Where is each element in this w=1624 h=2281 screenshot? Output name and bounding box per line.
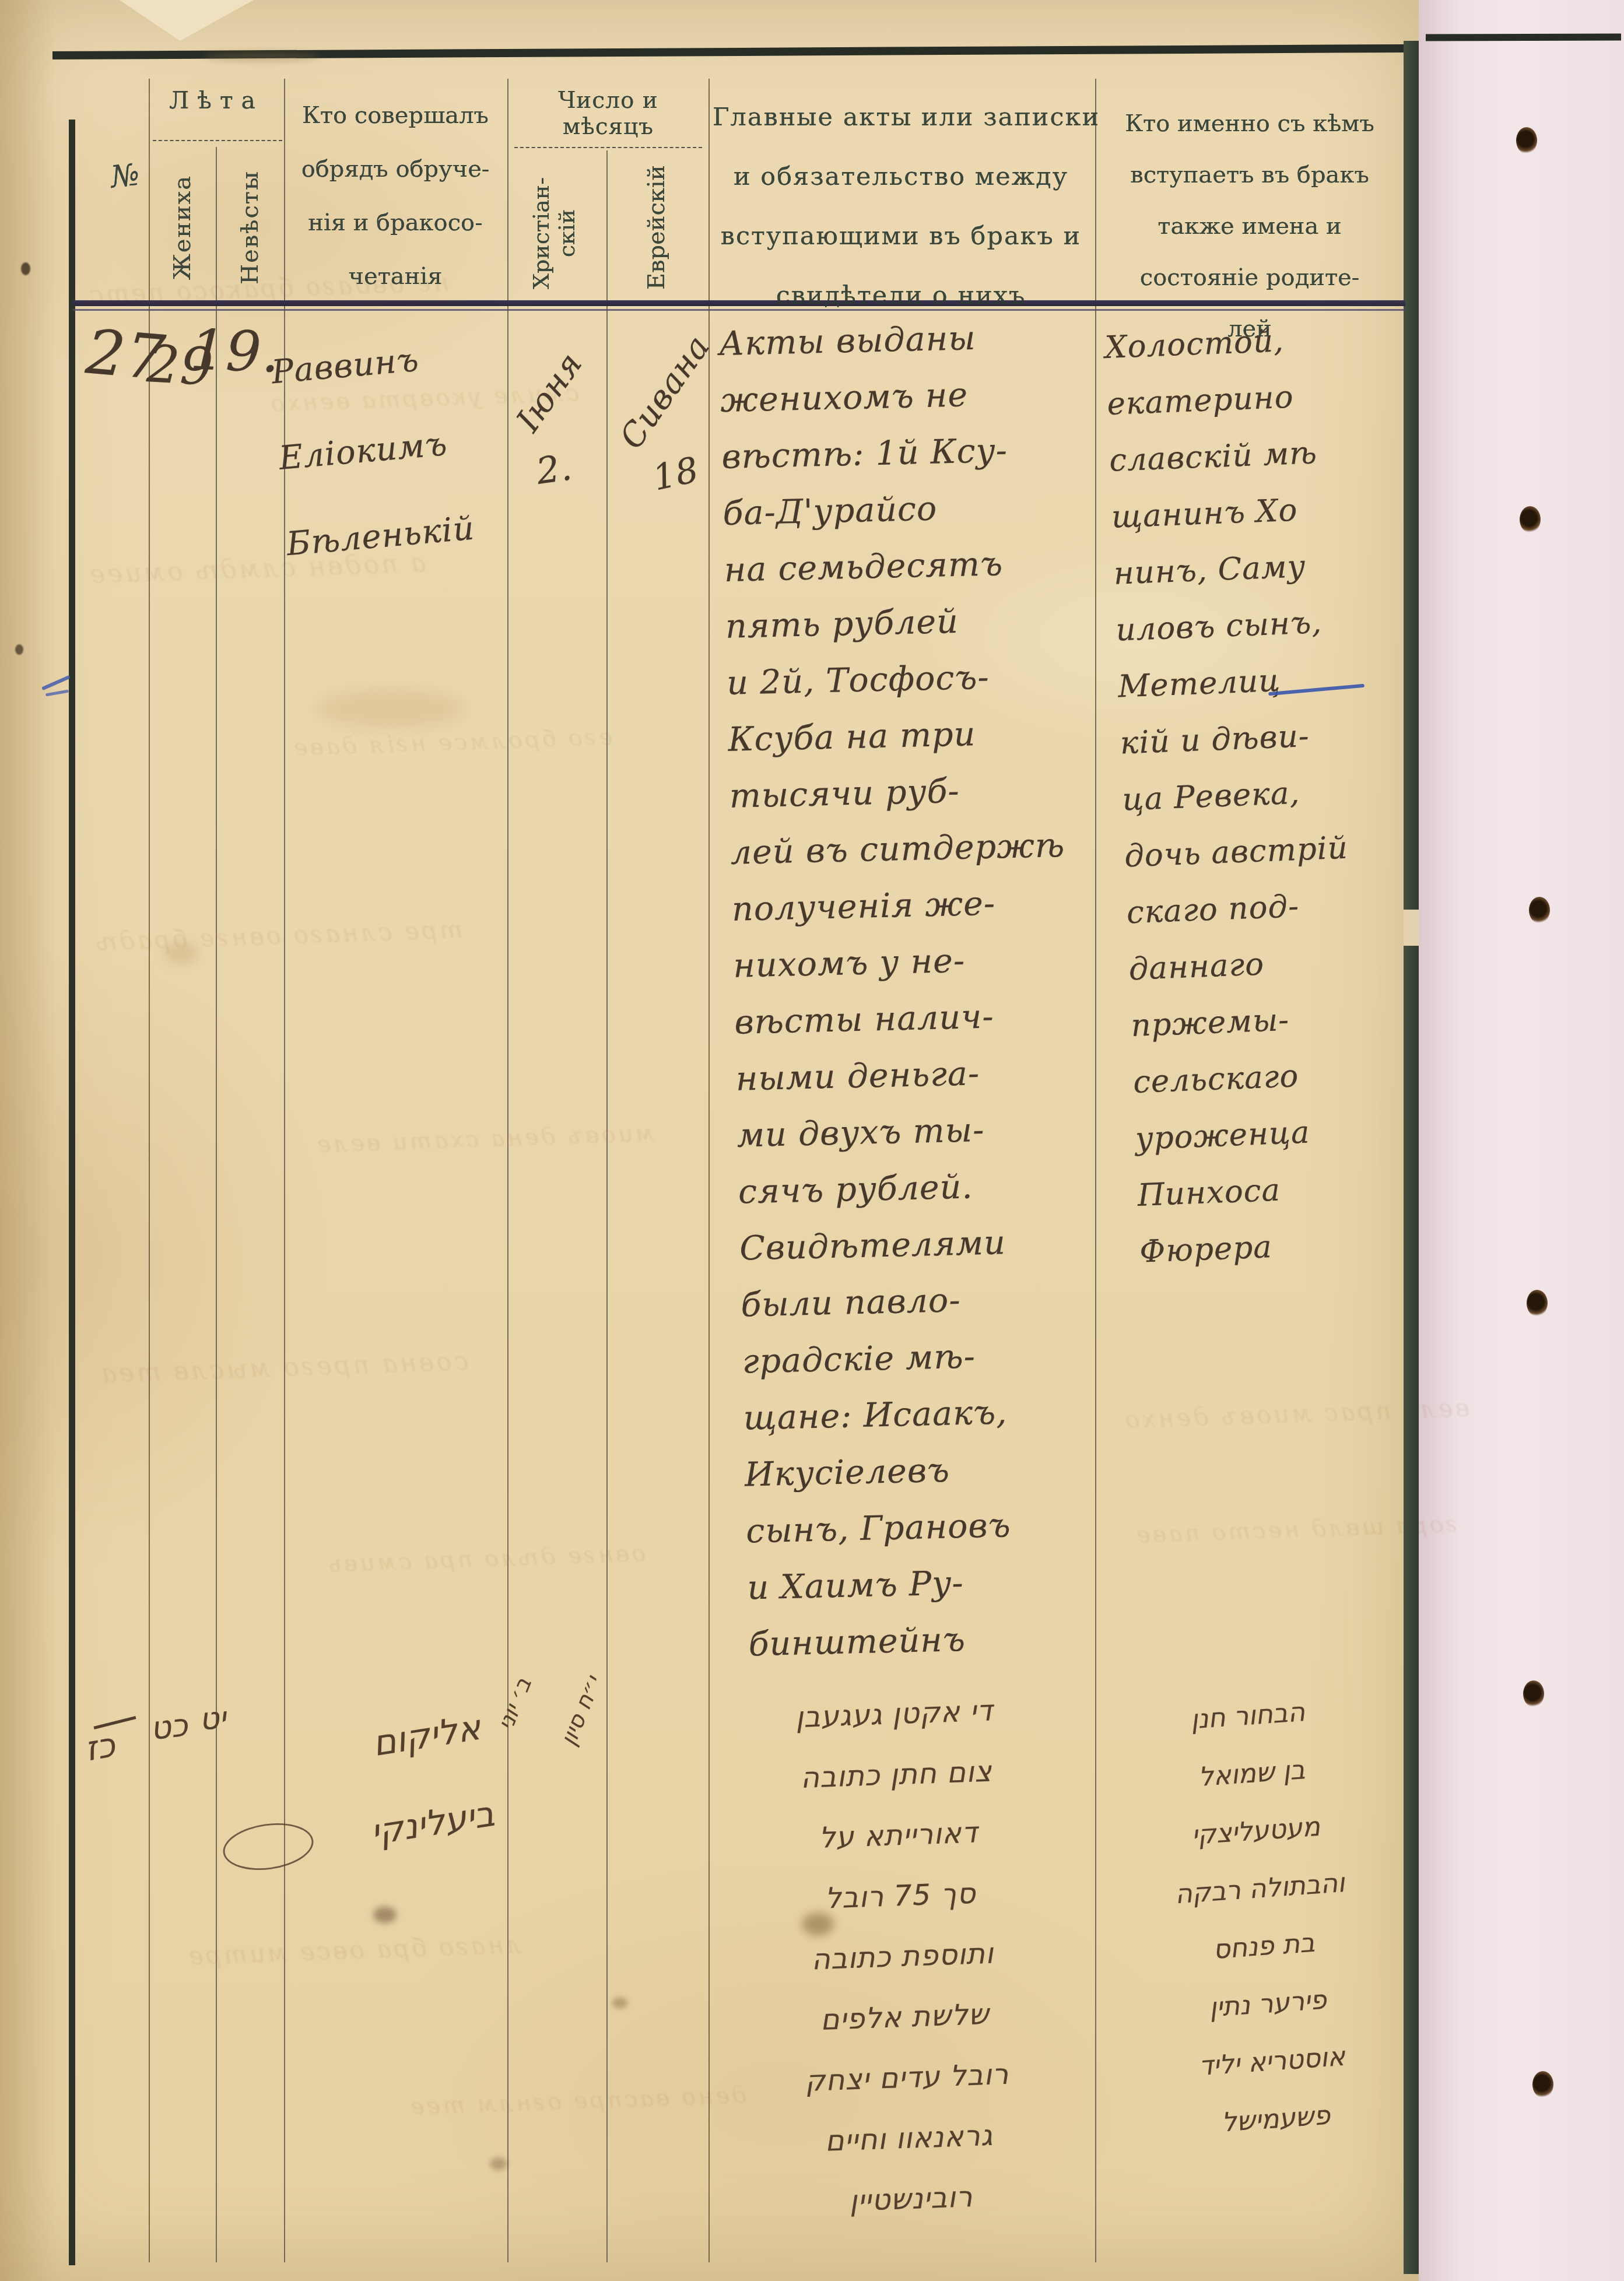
header-date-christian-line: скій bbox=[554, 156, 580, 310]
bride-age: 19. bbox=[189, 318, 281, 385]
acts-text-line: вѣстѣ: 1й Ксу- bbox=[721, 420, 1098, 486]
header-parties-line: состояніе родите- bbox=[1099, 252, 1400, 303]
paper-speck bbox=[15, 644, 23, 655]
backing-top-rule bbox=[1426, 33, 1621, 41]
acts-text-line: вѣсты налич- bbox=[734, 986, 1111, 1051]
acts-text-line: женихомъ не bbox=[720, 364, 1097, 429]
acts-text-line: ными деньга- bbox=[735, 1043, 1113, 1108]
header-acts-line: вступающими въ бракъ и bbox=[713, 206, 1089, 266]
stain bbox=[802, 1912, 834, 1936]
parties-text-line: Фюрера bbox=[1139, 1212, 1447, 1280]
subheader-divider bbox=[153, 140, 282, 141]
acts-text-line: Свидѣтелями bbox=[739, 1212, 1116, 1278]
stain bbox=[163, 942, 198, 965]
header-date-christian: Христіан- скій bbox=[528, 156, 580, 310]
punch-hole bbox=[1523, 1680, 1544, 1707]
date-christian-day: 2. bbox=[534, 445, 575, 493]
acts-text-line: сынъ, Грановъ bbox=[745, 1495, 1123, 1560]
punch-hole bbox=[1532, 2071, 1553, 2098]
officiant-name: РаввинъЕліокимъБѣленькій bbox=[268, 310, 517, 588]
punch-hole bbox=[1516, 127, 1537, 154]
acts-text-line: лей въ ситдержѣ bbox=[730, 816, 1107, 882]
header-officiant-line: четанія bbox=[287, 250, 504, 303]
acts-text-line: градскіе мѣ- bbox=[742, 1325, 1119, 1391]
acts-text-line: полученія же- bbox=[731, 873, 1109, 938]
header-parties-line: вступаетъ въ бракъ bbox=[1099, 149, 1400, 201]
stain bbox=[315, 688, 466, 729]
stain bbox=[204, 51, 321, 62]
groom-age-hebrew: כט bbox=[149, 1707, 190, 1747]
header-officiant: Кто совершалъобрядъ обруче-нія и бракосо… bbox=[287, 89, 504, 303]
header-date-jewish: Еврейскій bbox=[643, 152, 669, 303]
acts-text-line: тысячи руб- bbox=[729, 760, 1106, 825]
column-divider bbox=[216, 147, 217, 2262]
column-divider bbox=[149, 79, 150, 2262]
punch-hole bbox=[1527, 1290, 1548, 1317]
scanned-register-page: не овдаго бракосо петс смиле уковрта вен… bbox=[0, 0, 1624, 2281]
header-age-groom: Жениха bbox=[169, 157, 195, 297]
acts-text-line: были павло- bbox=[740, 1269, 1117, 1334]
header-parties-line: Кто именно съ кѣмъ bbox=[1099, 98, 1400, 149]
paper-speck bbox=[21, 262, 30, 275]
header-parties-line: также имена и bbox=[1099, 201, 1400, 252]
stain bbox=[490, 2157, 507, 2170]
acts-text-line: сячъ рублей. bbox=[738, 1156, 1115, 1221]
subheader-divider bbox=[514, 147, 702, 148]
acts-text-line: Икусіелевъ bbox=[744, 1438, 1121, 1504]
acts-text-line: и 2й, Тосфосъ- bbox=[726, 647, 1103, 712]
header-acts-line: и обязательство между bbox=[713, 147, 1089, 206]
bride-age-hebrew: יט bbox=[198, 1700, 227, 1737]
header-age-bride: Невѣсты bbox=[237, 157, 262, 297]
header-officiant-line: обрядъ обруче- bbox=[287, 142, 504, 196]
acts-text-line: Акты выданы bbox=[718, 307, 1096, 373]
column-divider bbox=[507, 79, 508, 2262]
parties-text: Холостой,екатеринославскій мѣщанинъ Хони… bbox=[1104, 308, 1447, 1280]
acts-text-line: щане: Исаакъ, bbox=[743, 1382, 1120, 1447]
header-officiant-line: Кто совершалъ bbox=[287, 89, 504, 142]
page-left-edge bbox=[0, 0, 55, 2281]
acts-text-line: пять рублей bbox=[725, 590, 1102, 655]
acts-text-line: ба-Д'урайсо bbox=[722, 477, 1100, 542]
punch-hole bbox=[1529, 897, 1550, 924]
acts-text-line: бинштейнъ bbox=[748, 1608, 1125, 1673]
column-divider bbox=[708, 79, 710, 2262]
stain bbox=[373, 1907, 397, 1923]
acts-text-line: ми двухъ ты- bbox=[736, 1099, 1114, 1164]
header-date-group: Число и мѣсяцъ bbox=[512, 87, 704, 140]
header-acts: Главные акты или запискии обязательство … bbox=[713, 87, 1089, 325]
header-officiant-line: нія и бракосо- bbox=[287, 196, 504, 250]
backing-sheet bbox=[1419, 0, 1624, 2281]
stain bbox=[612, 1997, 627, 2009]
acts-text-line: на семьдесятъ bbox=[724, 534, 1101, 599]
acts-text-line: нихомъ у не- bbox=[732, 929, 1110, 995]
acts-text-hebrew: די אקטן געגעבןצום חתן כתובהדאורייתא עלסך… bbox=[707, 1678, 1099, 2236]
acts-text: Акты выданыженихомъ невѣстѣ: 1й Ксу-ба-Д… bbox=[718, 307, 1125, 1673]
table-left-border bbox=[69, 120, 75, 2265]
acts-text-line: и Хаимъ Ру- bbox=[746, 1552, 1124, 1617]
acts-text-line: Ксуба на три bbox=[727, 703, 1104, 768]
punch-hole bbox=[1520, 506, 1541, 533]
header-acts-line: Главные акты или записки bbox=[713, 87, 1089, 147]
parties-text-hebrew: הבחור חנןבן שמואלמעטעליצקיוהבתולה רבקהבת… bbox=[1104, 1677, 1420, 2157]
header-number: № bbox=[109, 157, 141, 195]
header-date-christian-line: Христіан- bbox=[528, 156, 554, 310]
column-divider bbox=[606, 150, 608, 2262]
header-age-group: Лѣта bbox=[149, 86, 283, 114]
